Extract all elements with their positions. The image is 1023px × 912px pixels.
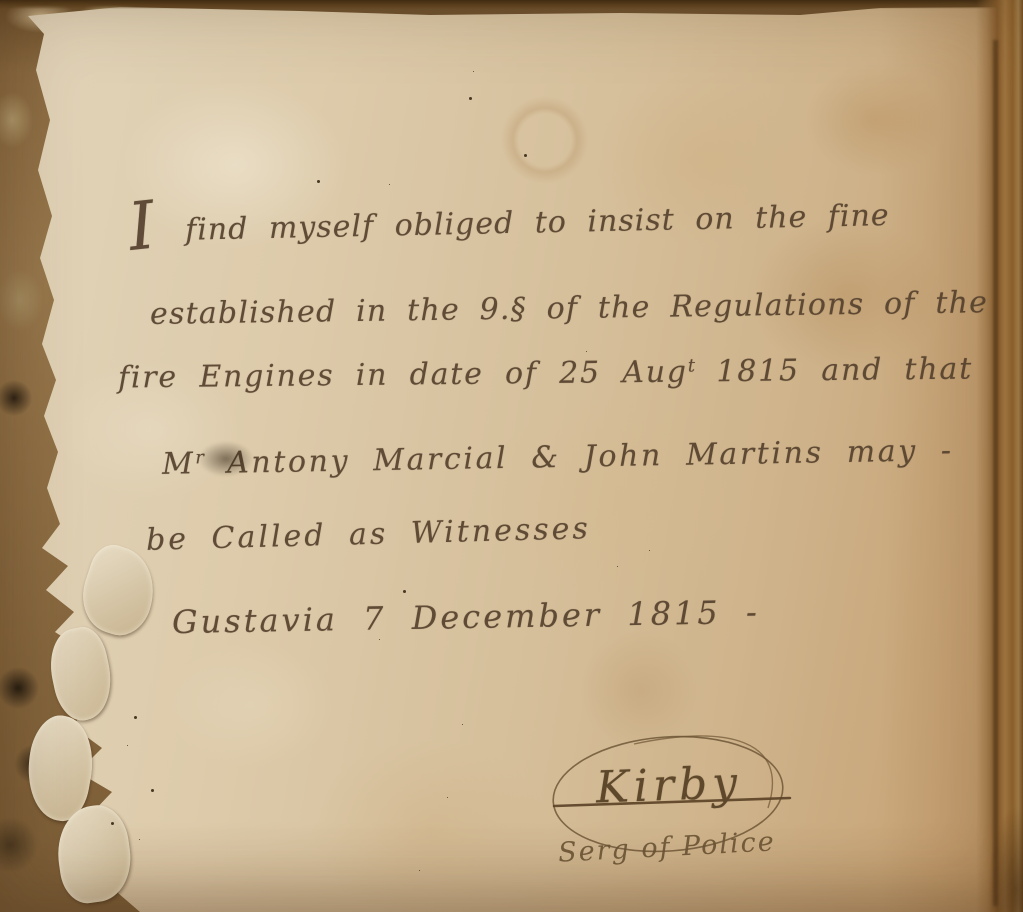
top-edge-shadow: [0, 0, 1023, 9]
signature-name: Kirby: [595, 757, 743, 813]
ink-speckles: [0, 0, 3, 3]
initial-capital: I: [129, 225, 156, 228]
page-fore-edge-strip: [976, 0, 1023, 912]
line-text: fire Engines in date of 25 Aug: [118, 355, 688, 396]
ink-blot-over-antony: [198, 441, 254, 477]
manuscript-photo: Ifind myself obliged to insist on the fi…: [0, 0, 1023, 912]
line-text: M: [162, 446, 196, 482]
line-text: 1815 and that: [695, 352, 973, 390]
